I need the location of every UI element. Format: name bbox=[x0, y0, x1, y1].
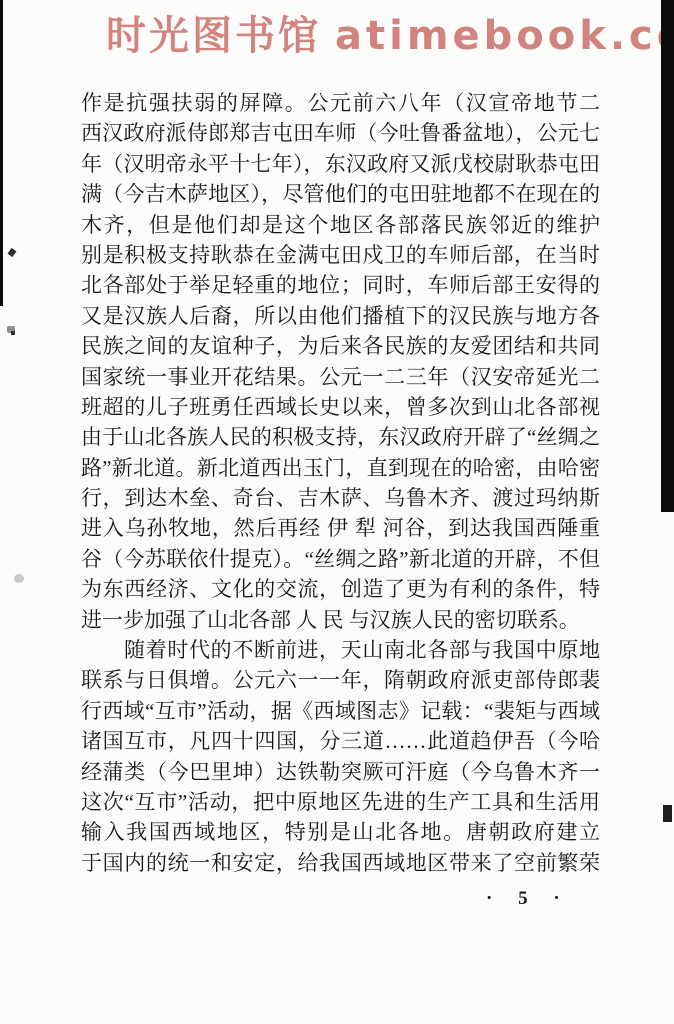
text-line: 班超的儿子班勇任西域长史以来，曾多次到山北各部视察， bbox=[81, 392, 600, 422]
text-line: 行西域“互市”活动，据《西域图志》记载：“裴矩与西域 bbox=[81, 696, 600, 726]
text-line: 作是抗强扶弱的屏障。公元前六八年（汉宣帝地节二年）， bbox=[81, 88, 600, 118]
scan-speck bbox=[14, 574, 24, 583]
text-line: 北各部处于举足轻重的地位；同时，车师后部王安得的夫人 bbox=[81, 270, 600, 300]
text-line: 民族之间的友谊种子，为后来各民族的友爱团结和共同维护 bbox=[81, 331, 600, 361]
body-text: 作是抗强扶弱的屏障。公元前六八年（汉宣帝地节二年）， 西汉政府派侍郎郑吉屯田车师… bbox=[81, 88, 600, 878]
watermark-site-name: 时光图书馆 bbox=[106, 13, 321, 59]
text-line: 进入乌孙牧地，然后再经 伊 犁 河谷，到达我国西陲重镇赤 bbox=[81, 513, 600, 543]
text-line: 木齐，但是他们却是这个地区各部落民族邻近的维护者。特 bbox=[81, 210, 600, 240]
watermark: 时光图书馆atimebook.co bbox=[106, 4, 674, 61]
text-line: 路”新北道。新北道西出玉门，直到现在的哈密，由哈密西 bbox=[81, 453, 600, 483]
text-line: 又是汉族人后裔，所以由他们播植下的汉民族与地方各部落 bbox=[81, 301, 600, 331]
text-line: 西汉政府派侍郎郑吉屯田车师（今吐鲁番盆地），公元七四 bbox=[81, 118, 600, 148]
text-line: 进一步加强了山北各部 人 民 与汉族人民的密切联系。 bbox=[81, 605, 600, 635]
text-line: 联系与日俱增。公元六一一年，隋朝政府派吏部侍郎裴矩进 bbox=[81, 665, 600, 695]
text-line: 年（汉明帝永平十七年），东汉政府又派戊校尉耿恭屯田金 bbox=[81, 149, 600, 179]
text-line: 行，到达木垒、奇台、吉木萨、乌鲁木齐、渡过玛纳斯河， bbox=[81, 483, 600, 513]
text-line: 满（今吉木萨地区），尽管他们的屯田驻地都不在现在的乌鲁 bbox=[81, 179, 600, 209]
text-line: 诸国互市，凡四十四国，分三道……此道趋伊吾（今哈密）， bbox=[81, 726, 600, 756]
text-line: 于国内的统一和安定，给我国西域地区带来了空前繁荣的局 bbox=[81, 848, 600, 878]
text-line: 国家统一事业开花结果。公元一二三年（汉安帝延光二年）， bbox=[81, 362, 600, 392]
scan-speck bbox=[663, 805, 672, 822]
text-line: 由于山北各族人民的积极支持，东汉政府开辟了“丝绸之 bbox=[81, 422, 600, 452]
text-line: 为东西经济、文化的交流，创造了更为有利的条件，特别是 bbox=[81, 574, 600, 604]
page-number: · 5 · bbox=[486, 888, 567, 910]
text-line-paragraph-start: 随着时代的不断前进，天山南北各部与我国中原地区的 bbox=[81, 635, 600, 665]
text-line: 经蒲类（今巴里坤）达铁勒突厥可汗庭（今乌鲁木齐一带）。 bbox=[81, 757, 600, 787]
scan-speck bbox=[11, 331, 15, 335]
text-line: 别是积极支持耿恭在金满屯田戍卫的车师后部，在当时的山 bbox=[81, 240, 600, 270]
scan-speck bbox=[8, 248, 17, 257]
scanned-book-page: 时光图书馆atimebook.co 作是抗强扶弱的屏障。公元前六八年（汉宣帝地节… bbox=[0, 0, 674, 1024]
text-line: 输入我国西域地区，特别是山北各地。唐朝政府建立后，由 bbox=[81, 817, 600, 847]
watermark-site-domain: atimebook.co bbox=[335, 13, 674, 59]
text-line: 这次“互市”活动，把中原地区先进的生产工具和生活用品 bbox=[81, 787, 600, 817]
scan-edge-bar-right bbox=[661, 0, 674, 512]
scan-edge-bar-left bbox=[0, 0, 3, 306]
text-line: 谷（今苏联依什提克）。“丝绸之路”新北道的开辟，不但 bbox=[81, 544, 600, 574]
